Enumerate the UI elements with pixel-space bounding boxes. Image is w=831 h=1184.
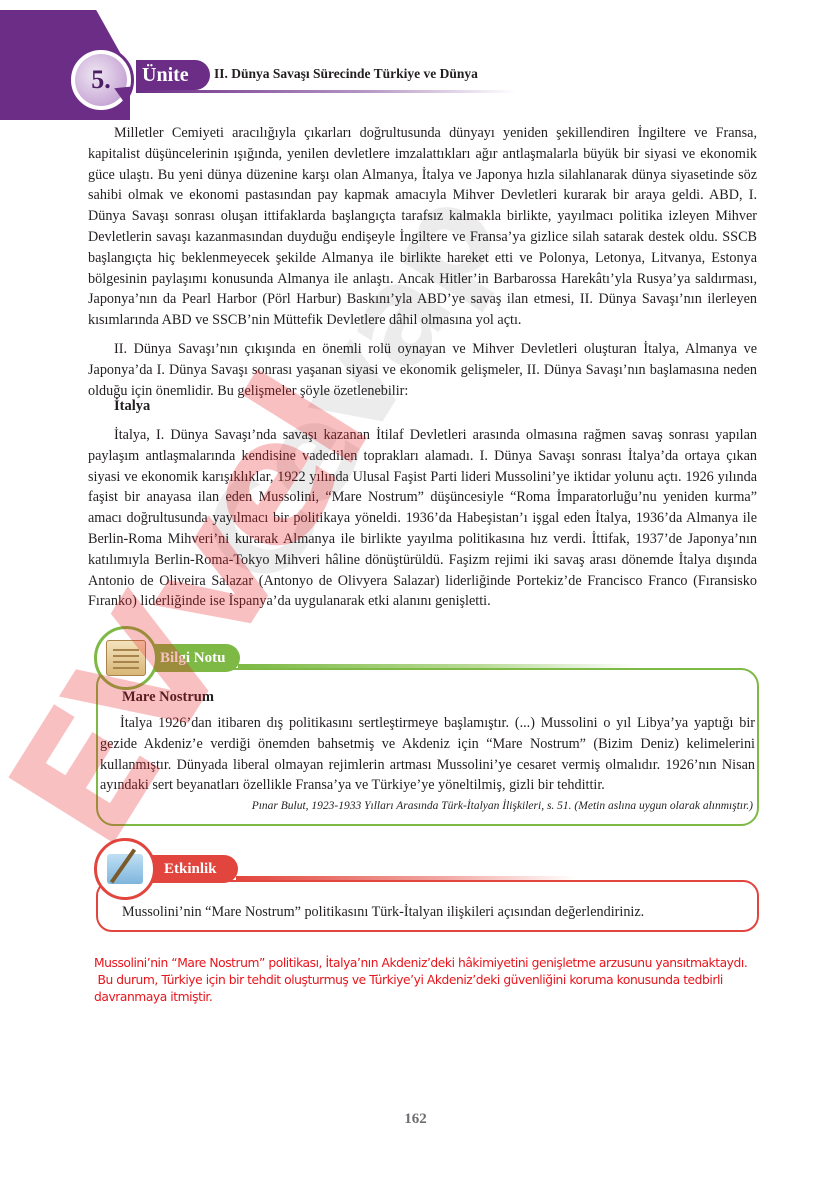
info-note-title: Mare Nostrum — [122, 689, 214, 706]
section-heading: İtalya — [114, 398, 150, 415]
page-number: 162 — [0, 1111, 831, 1128]
header-divider — [136, 90, 516, 93]
answer-line: Bu durum, Türkiye için bir tehdit oluştu… — [94, 972, 814, 989]
paragraph: II. Dünya Savaşı’nın çıkışında en önemli… — [88, 339, 757, 401]
unit-label: Ünite — [136, 60, 210, 90]
answer-line: Mussolini’nin “Mare Nostrum” politikası,… — [94, 955, 814, 972]
activity-label: Etkinlik — [150, 855, 238, 883]
clipboard-pen-icon — [106, 640, 146, 676]
activity-question: Mussolini’nin “Mare Nostrum” politikasın… — [122, 904, 644, 921]
unit-title: II. Dünya Savaşı Sürecinde Türkiye ve Dü… — [214, 66, 478, 82]
answer-line: davranmaya itmiştir. — [94, 989, 814, 1006]
paragraph: Milletler Cemiyeti aracılığıyla çıkarlar… — [88, 123, 757, 331]
info-note-source: Pınar Bulut, 1923-1933 Yılları Arasında … — [252, 800, 753, 812]
paragraph: İtalya, I. Dünya Savaşı’nda savaşı kazan… — [88, 425, 757, 612]
italy-text: İtalya, I. Dünya Savaşı’nda savaşı kazan… — [88, 425, 757, 620]
info-note-divider — [238, 664, 638, 668]
notepad-pen-icon — [107, 854, 143, 884]
info-note-body: İtalya 1926’dan itibaren dış politikasın… — [100, 715, 755, 793]
unit-number: 5. — [75, 54, 127, 106]
activity-badge — [94, 838, 156, 900]
activity-divider — [236, 876, 576, 880]
info-note-text: İtalya 1926’dan itibaren dış politikasın… — [100, 713, 755, 796]
info-note-label: Bilgi Notu — [150, 644, 240, 672]
answer-text: Mussolini’nin “Mare Nostrum” politikası,… — [94, 955, 814, 1006]
intro-text: Milletler Cemiyeti aracılığıyla çıkarlar… — [88, 123, 757, 409]
info-note-badge — [94, 626, 158, 690]
